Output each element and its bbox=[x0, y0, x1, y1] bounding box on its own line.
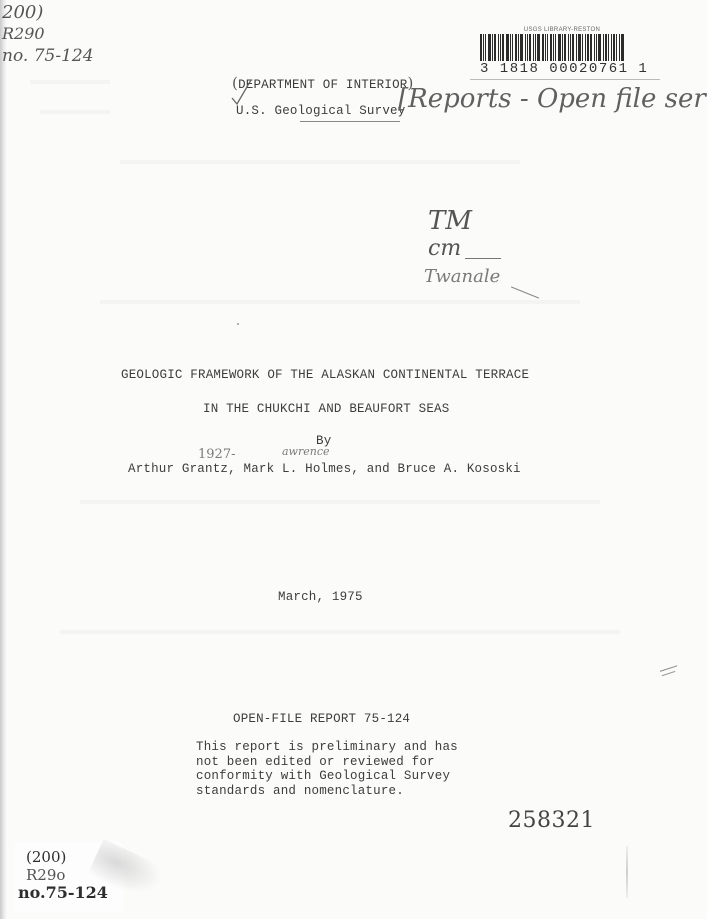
bleed-through bbox=[100, 300, 580, 304]
bleed-through bbox=[120, 160, 520, 164]
barcode-bars bbox=[480, 34, 638, 61]
agency-line: U.S. Geological Survey bbox=[236, 104, 405, 118]
bleed-through bbox=[30, 80, 110, 84]
bleed-through bbox=[60, 630, 620, 634]
handwritten-series-note: [Reports - Open file series] bbox=[398, 84, 707, 114]
report-date: March, 1975 bbox=[278, 590, 363, 604]
agency-underline bbox=[300, 121, 400, 122]
barcode-library-label: USGS LIBRARY-RESTON bbox=[492, 27, 632, 33]
title-line-2: IN THE CHUKCHI AND BEAUFORT SEAS bbox=[203, 402, 449, 416]
title-line-1: GEOLOGIC FRAMEWORK OF THE ALASKAN CONTIN… bbox=[121, 368, 529, 382]
disclaimer-line: not been edited or reviewed for bbox=[196, 755, 458, 770]
barcode-rule bbox=[470, 79, 660, 80]
barcode-number: 3 1818 00020761 1 bbox=[480, 61, 655, 77]
accession-number-stamp: 258321 bbox=[508, 808, 595, 833]
handwritten-call-line1: 200) bbox=[2, 2, 43, 23]
department-name: DEPARTMENT OF INTERIOR bbox=[238, 78, 407, 92]
library-barcode: USGS LIBRARY-RESTON 3 1818 00020761 1 bbox=[470, 4, 650, 74]
disclaimer-line: conformity with Geological Survey bbox=[196, 769, 458, 784]
disclaimer: This report is preliminary and has not b… bbox=[196, 740, 458, 798]
disclaimer-line: This report is preliminary and has bbox=[196, 740, 458, 755]
agency-name: U.S. Geological Survey bbox=[236, 104, 405, 118]
handwritten-tail-stroke bbox=[511, 286, 539, 298]
speck bbox=[237, 323, 239, 325]
bleed-through bbox=[80, 500, 600, 504]
authors: Arthur Grantz, Mark L. Holmes, and Bruce… bbox=[128, 462, 521, 476]
scan-streak bbox=[626, 846, 628, 898]
annotation-year: 1927- bbox=[198, 447, 235, 462]
handwritten-stroke bbox=[465, 258, 501, 259]
page-edge-shadow bbox=[0, 0, 7, 919]
department-line: (DEPARTMENT OF INTERIOR) bbox=[232, 74, 414, 92]
checkmark-icon bbox=[230, 78, 252, 106]
handwritten-name: Twanale bbox=[424, 266, 500, 287]
disclaimer-line: standards and nomenclature. bbox=[196, 784, 458, 799]
handwritten-cm: cm bbox=[428, 236, 461, 261]
open-file-report-number: OPEN-FILE REPORT 75-124 bbox=[233, 712, 410, 726]
handwritten-initials: TM bbox=[428, 206, 472, 236]
call-label-line3: no.75-124 bbox=[18, 884, 108, 902]
annotation-name: awrence bbox=[282, 445, 330, 458]
handwritten-call-line3: no. 75-124 bbox=[2, 46, 94, 66]
handwritten-call-line2: R290 bbox=[2, 24, 45, 43]
bleed-through bbox=[40, 110, 110, 114]
